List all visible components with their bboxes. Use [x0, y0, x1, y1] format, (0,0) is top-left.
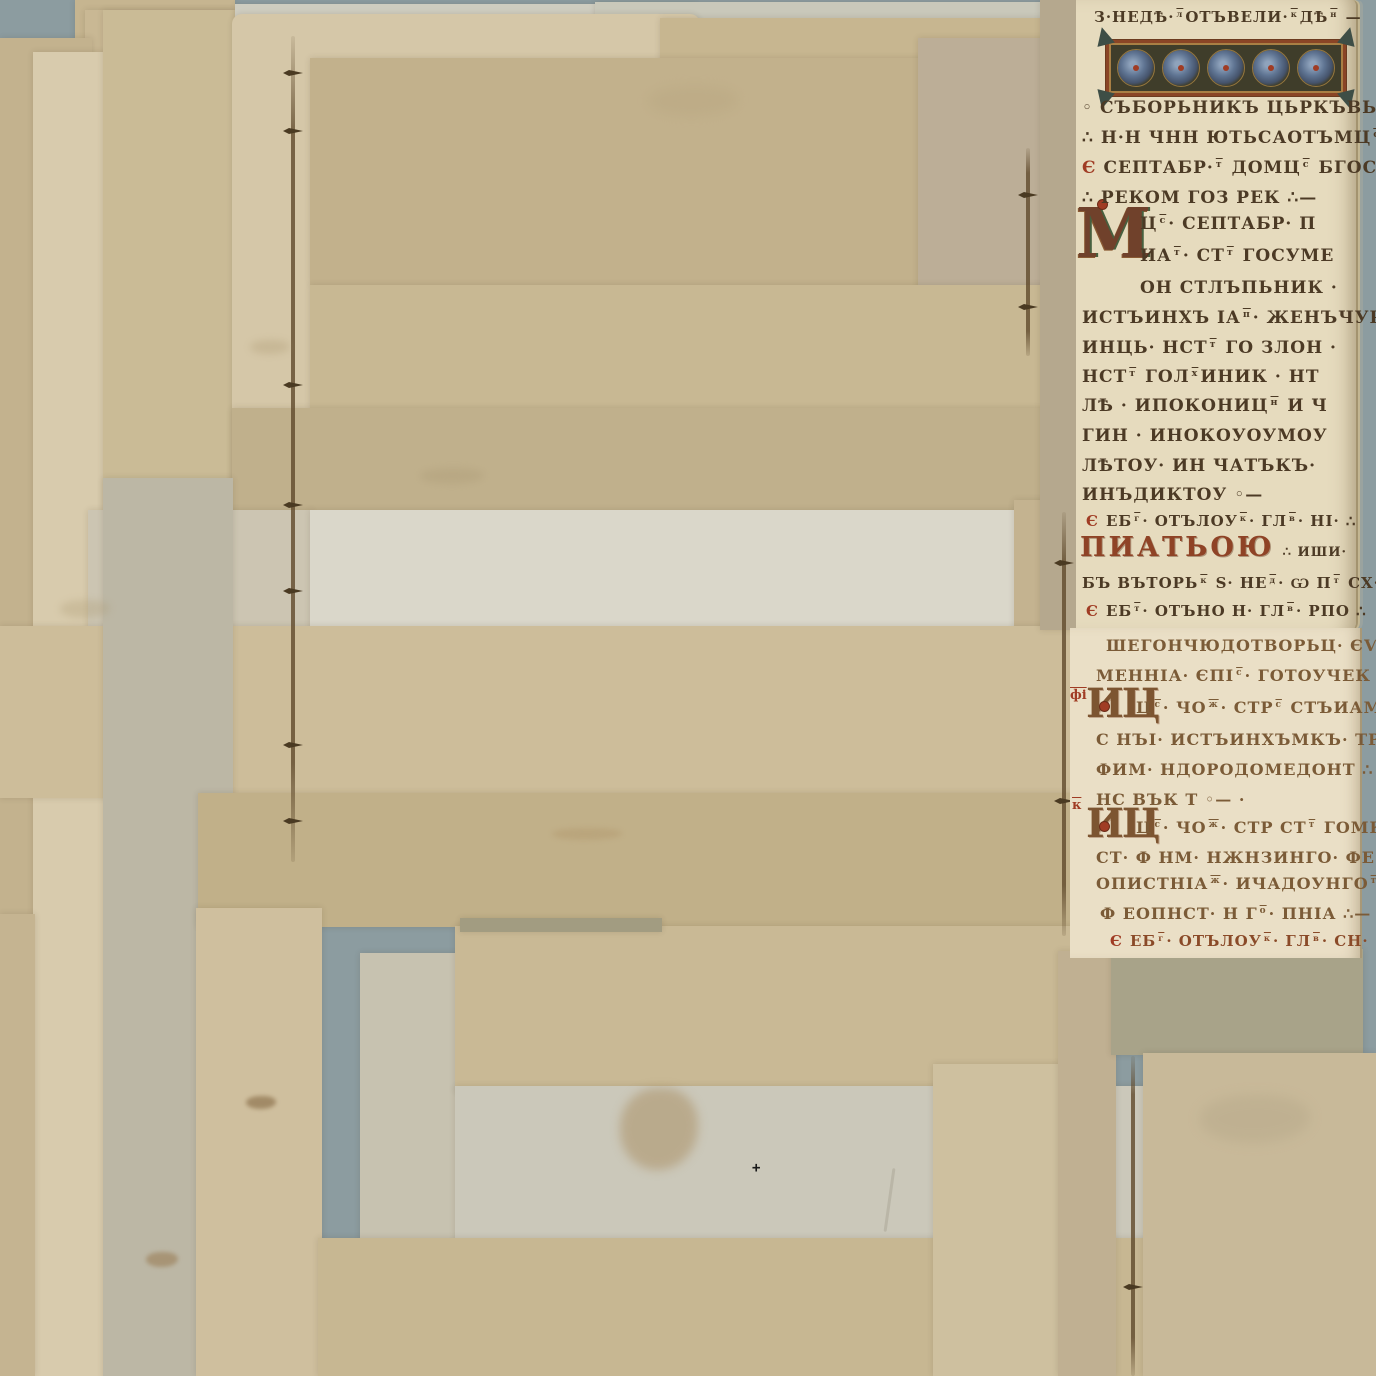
titlo-superscript: ж [1210, 876, 1220, 886]
binding-seam [1131, 1056, 1135, 1376]
manuscript-line: Цс· СЕПТАБР· П [1140, 214, 1316, 234]
titlo-superscript: т [1129, 368, 1136, 379]
titlo-superscript: п [1243, 309, 1251, 320]
manuscript-line: ЛѢ · ИПОКОНИЦн И Ч [1082, 396, 1328, 416]
decorated-initial-m: М [1076, 204, 1148, 265]
parchment-piece [0, 914, 35, 1376]
titlo-superscript: д [1269, 575, 1276, 585]
parchment-piece [198, 793, 1082, 927]
titlo-superscript: с [1154, 700, 1160, 710]
titlo-superscript: т [1210, 339, 1217, 350]
parchment-piece [1040, 0, 1078, 630]
parchment-piece [232, 408, 1082, 518]
titlo-superscript: с [1303, 159, 1310, 170]
titlo-superscript: т [1174, 247, 1181, 258]
titlo-superscript: к [1240, 513, 1247, 523]
parchment-piece [460, 918, 662, 932]
line-lead-mark: ◦ [1082, 98, 1093, 118]
manuscript-line: СТ· Ф НМ· НЖНЗИНГО· ФЕ [1096, 848, 1375, 867]
manuscript-line: ИНЪДИКТОУ ◦— [1082, 485, 1263, 505]
headpiece-roundel [1298, 50, 1334, 86]
manuscript-line: Ф ЕОПНСТ· Н Го· ПНІА ∴— [1100, 904, 1371, 923]
headpiece-corner-finial [1093, 25, 1115, 47]
titlo-superscript: г [1134, 513, 1140, 523]
headpiece-corner-finial [1337, 25, 1359, 47]
headpiece-roundel [1253, 50, 1289, 86]
manuscript-line: ЄЕБг· ОТЪЛОУк· ГЛв· НІ· ∴ [1086, 512, 1356, 530]
titlo-superscript: ж [1209, 820, 1219, 830]
manuscript-line: НСТт ГОЛхИНИК · НТ [1082, 367, 1319, 387]
titlo-superscript: ж [1209, 700, 1219, 710]
manuscript-line: МЕННІА· ЄПІс· ГОТОУЧЕК · [1096, 666, 1376, 685]
titlo-superscript: л [1176, 9, 1183, 19]
manuscript-line: ИНЦЬ· НСТт ГО ЗЛОН · [1082, 338, 1337, 358]
line-lead-mark: ∴ [1082, 128, 1094, 148]
titlo-superscript: к [1200, 575, 1207, 585]
parchment-piece [1058, 951, 1116, 1376]
line-lead-mark: Є [1110, 932, 1123, 950]
manuscript-collage-canvas: + МПИАТЬОЮ∴ ИШИ·З·НЕДѢ·лОТЪВЕЛИ·кДѢн —◦С… [0, 0, 1376, 1376]
titlo-superscript: н [1271, 397, 1279, 408]
manuscript-line: С НЪІ· ИСТЪИНХЪМКЪ· ТРО [1096, 730, 1376, 749]
parchment-piece [310, 285, 1082, 411]
titlo-superscript: с [1154, 820, 1160, 830]
marginal-rubric-mark: фі [1070, 688, 1087, 703]
titlo-superscript: т [1216, 159, 1223, 170]
headpiece-roundel [1118, 50, 1154, 86]
titlo-superscript: в [1289, 513, 1296, 523]
manuscript-line: З·НЕДѢ·лОТЪВЕЛИ·кДѢн — [1094, 8, 1362, 26]
manuscript-line: ЄСЕПТАБР·т ДОМЦс БГОСТ · [1082, 158, 1376, 178]
parchment-piece [103, 10, 235, 510]
manuscript-line: ФИМ· НДОРОДОМЕДОНТ ∴ [1096, 760, 1373, 779]
titlo-superscript: т [1227, 247, 1234, 258]
manuscript-line: ГИН · ИНОКОУОУМОУ [1082, 426, 1328, 446]
headpiece-roundel [1163, 50, 1199, 86]
titlo-superscript: х [1192, 368, 1199, 379]
section-title-suffix: ∴ ИШИ· [1283, 545, 1347, 560]
titlo-superscript: с [1236, 668, 1242, 678]
binding-seam [1026, 148, 1030, 356]
manuscript-fragment-upper: МПИАТЬОЮ∴ ИШИ·З·НЕДѢ·лОТЪВЕЛИ·кДѢн —◦СЪБ… [1076, 0, 1358, 632]
titlo-superscript: к [1291, 9, 1298, 19]
line-lead-mark: ∴ [1082, 188, 1094, 208]
manuscript-line: Цс· ЧОж· СТРс СТЪИАМЦА· СУ [1136, 698, 1376, 717]
section-title: ПИАТЬОЮ∴ ИШИ· [1080, 532, 1347, 563]
parchment-piece [196, 908, 322, 1376]
manuscript-line: ЄЕБг· ОТЪЛОУк· ГЛв· СН· [1110, 932, 1369, 950]
section-title-text: ПИАТЬОЮ [1080, 532, 1275, 563]
binding-seam [1062, 512, 1066, 936]
manuscript-line: ◦СЪБОРЬНИКЪ ЦЬРКЪВЬНЫИ [1082, 98, 1376, 118]
manuscript-line: ИСТЪИНХЪ ІАп· ЖЕНЪЧУРЬ [1082, 308, 1376, 328]
manuscript-line: БЪ ВЪТОРЬк S· НЕд· Ѡ Пт СХ· [1082, 574, 1376, 593]
initial-red-ornament [1100, 822, 1109, 831]
manuscript-line: ЛѢТОУ· ИН ЧАТЪКЪ· [1082, 456, 1316, 476]
manuscript-line: ∴РЕКОМ ГОЗ РЕК ∴— [1082, 188, 1317, 208]
manuscript-line: ИАт· СТт ГОСУМЕ [1140, 246, 1334, 266]
headpiece-roundel [1208, 50, 1244, 86]
parchment-piece [933, 1064, 1061, 1376]
titlo-superscript: в [1313, 933, 1320, 943]
titlo-superscript: т [1334, 575, 1340, 585]
manuscript-line: ∴Н·Н ЧНН ЮТЬСАОТЪМЦс [1082, 128, 1376, 148]
manuscript-line: ОПИСТНІАж· ИЧАДОУНГОт· [1096, 874, 1376, 893]
line-lead-mark: Є [1086, 602, 1099, 620]
parchment-piece [310, 510, 1016, 632]
ink-cross-mark: + [752, 1160, 760, 1176]
line-lead-mark: Є [1082, 158, 1097, 178]
line-lead-mark: Є [1086, 512, 1099, 530]
titlo-superscript: н [1330, 9, 1337, 19]
parchment-piece [1111, 949, 1363, 1055]
initial-red-ornament [1100, 702, 1109, 711]
marginal-rubric-mark: к [1072, 798, 1081, 813]
titlo-superscript: о [1260, 906, 1267, 916]
titlo-superscript: в [1287, 603, 1294, 613]
manuscript-line: ОН СТЛЪПЬНИК · [1140, 278, 1338, 298]
manuscript-line: ШЕГОНЧЮДОТВОРЬЦ· ЄѴ [1106, 636, 1376, 655]
titlo-superscript: т [1371, 876, 1376, 886]
titlo-superscript: т [1309, 820, 1316, 830]
titlo-superscript: к [1264, 933, 1271, 943]
titlo-superscript: т [1134, 603, 1140, 613]
manuscript-line: ЄЕБт· ОТЪНО Н· ГЛв· РПО ∴ [1086, 602, 1367, 620]
titlo-superscript: с [1275, 700, 1281, 710]
manuscript-fragment-lower: ИЦИЦфікШЕГОНЧЮДОТВОРЬЦ· ЄѴМЕННІА· ЄПІс· … [1070, 628, 1362, 958]
ornamental-headpiece [1106, 40, 1346, 96]
binding-seam [291, 36, 295, 862]
manuscript-line: НС ВЪК Т ◦— · [1096, 790, 1245, 809]
titlo-superscript: г [1158, 933, 1164, 943]
manuscript-line: Цс· ЧОж· СТР СТт ГОМК· ЄѴч [1136, 818, 1376, 837]
titlo-superscript: с [1159, 215, 1166, 226]
